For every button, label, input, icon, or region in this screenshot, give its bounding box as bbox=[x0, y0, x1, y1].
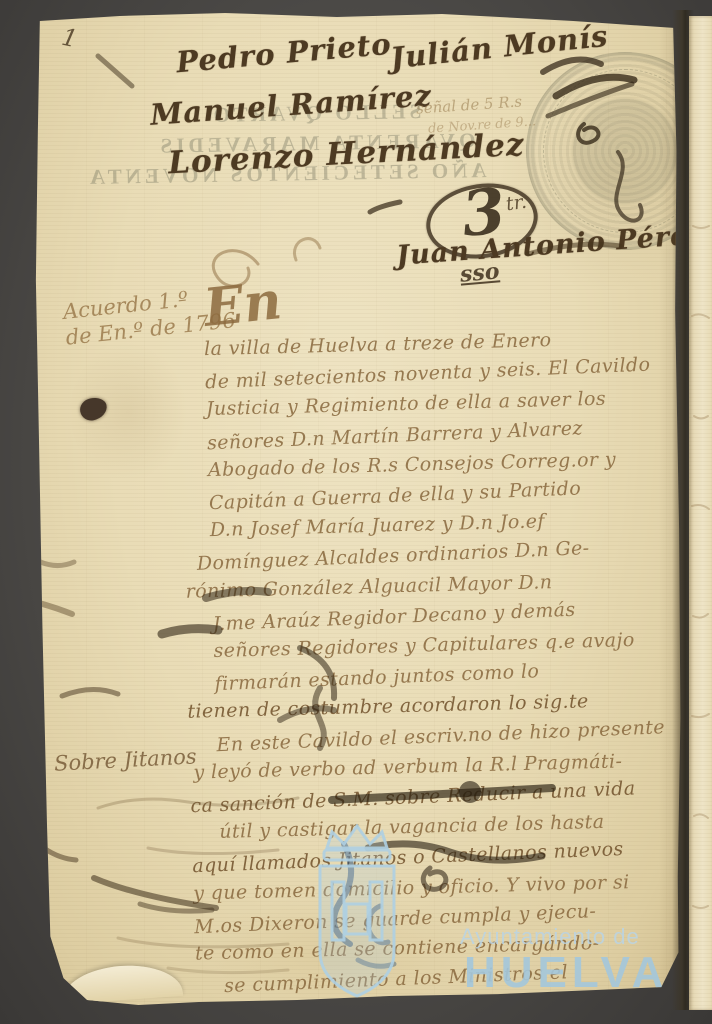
calligraphic-initial: En bbox=[201, 270, 284, 339]
margin-note-sobre-jitanos: Sobre Jitanos bbox=[53, 744, 197, 775]
folio-number: 1 bbox=[59, 23, 80, 54]
page-corner-curl bbox=[61, 962, 183, 1004]
manuscript-body: la villa de Huelva a treze de Enerode mi… bbox=[176, 320, 712, 1000]
signature-pedro-prieto: Pedro Prieto bbox=[175, 27, 393, 80]
ink-blot bbox=[78, 395, 109, 422]
scanner-background: SELLO QVARTOQVARENTA MARAVEDISAÑO SETECI… bbox=[0, 0, 712, 1024]
manuscript-page: SELLO QVARTOQVARENTA MARAVEDISAÑO SETECI… bbox=[28, 12, 685, 1006]
notary-rubric: sso bbox=[459, 258, 501, 287]
notary-abbreviation: tr. bbox=[505, 191, 529, 216]
next-page-faint-text bbox=[689, 16, 712, 1010]
next-page-edge bbox=[689, 16, 712, 1010]
